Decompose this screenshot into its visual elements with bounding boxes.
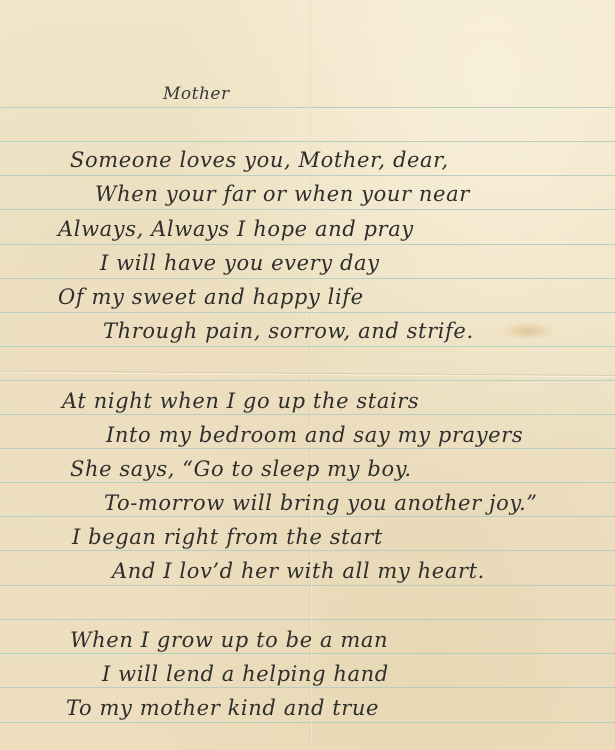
ruled-line (0, 414, 615, 415)
poem-line: She says, “Go to sleep my boy. (70, 457, 412, 481)
ruled-line (0, 653, 615, 654)
ruled-line (0, 380, 615, 381)
ruled-paper-page: Mother Someone loves you, Mother, dear, … (0, 0, 615, 750)
ruled-line (0, 550, 615, 551)
poem-line: I will lend a helping hand (102, 662, 389, 686)
ruled-line (0, 278, 615, 279)
poem-line: To-morrow will bring you another joy.” (104, 491, 538, 515)
ruled-line (0, 175, 615, 176)
poem-line: Always, Always I hope and pray (58, 217, 414, 241)
poem-line: I will have you every day (100, 251, 380, 275)
ruled-line (0, 585, 615, 586)
ruled-line (0, 312, 615, 313)
paper-stain (500, 322, 555, 340)
poem-line: And I lov’d her with all my heart. (112, 559, 485, 583)
poem-line: When your far or when your near (95, 182, 470, 206)
poem-title: Mother (163, 84, 230, 104)
poem-line: Through pain, sorrow, and strife. (103, 319, 474, 343)
ruled-line (0, 346, 615, 347)
poem-line: At night when I go up the stairs (62, 389, 419, 413)
ruled-line (0, 722, 615, 723)
ruled-line (0, 209, 615, 210)
poem-line: I began right from the start (72, 525, 383, 549)
horizontal-fold-crease (0, 371, 615, 378)
ruled-line (0, 516, 615, 517)
ruled-line (0, 107, 615, 108)
ruled-line (0, 482, 615, 483)
ruled-line (0, 448, 615, 449)
ruled-line (0, 687, 615, 688)
poem-line: When I grow up to be a man (70, 628, 388, 652)
poem-line: Of my sweet and happy life (58, 285, 364, 309)
poem-line: To my mother kind and true (66, 696, 379, 720)
ruled-line (0, 619, 615, 620)
ruled-line (0, 141, 615, 142)
poem-line: Into my bedroom and say my prayers (106, 423, 523, 447)
poem-line: Someone loves you, Mother, dear, (70, 148, 449, 172)
ruled-line (0, 244, 615, 245)
